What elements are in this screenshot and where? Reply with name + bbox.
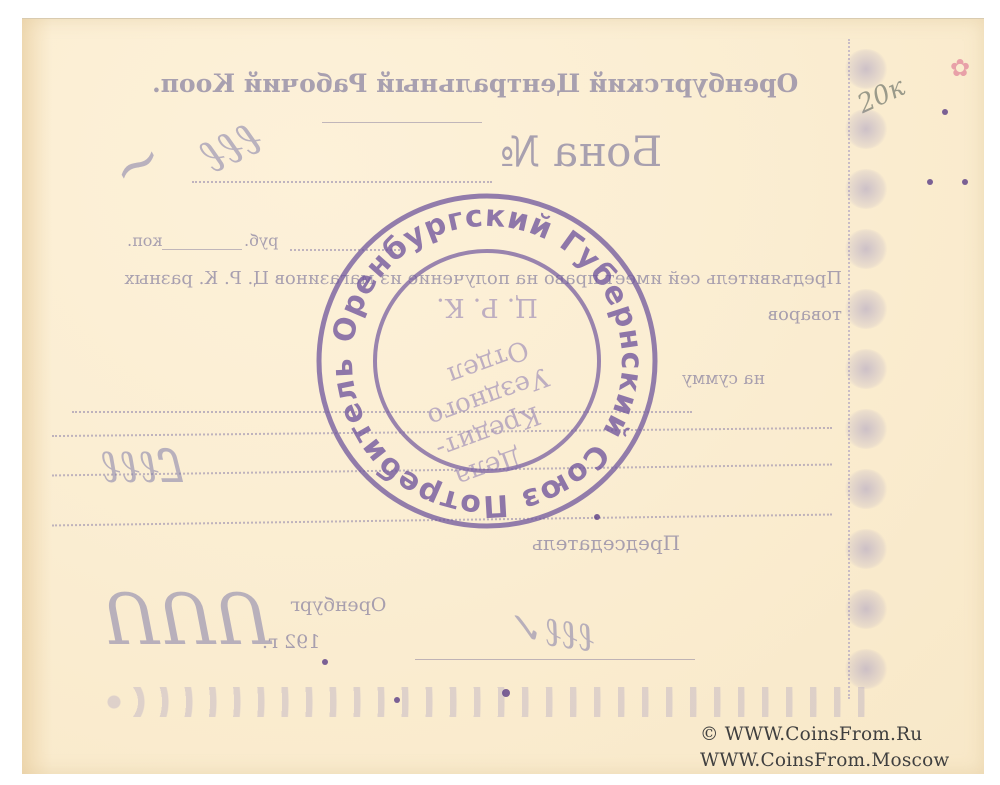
- rub-text: руб.: [244, 231, 278, 250]
- city-text: Оренбург: [290, 594, 386, 616]
- copyright-watermark: © WWW.CoinsFrom.Ru WWW.CoinsFrom.Moscow: [700, 722, 949, 774]
- signature-label: Председатель: [532, 531, 680, 555]
- round-stamp: Оренбургский Губернский Союз Потребитель…: [312, 189, 662, 534]
- kop-text: коп.: [127, 231, 162, 250]
- document-title: Бона №: [500, 127, 662, 176]
- date-line: [415, 659, 695, 660]
- handwriting-number: ~: [98, 121, 177, 207]
- pink-star-mark: ✿: [950, 54, 970, 82]
- body-line-2: на сумму: [682, 369, 765, 389]
- kop-label: коп.: [127, 231, 162, 250]
- banknote-paper: Оренбургский Центральный Рабочий Кооп. Б…: [22, 18, 984, 774]
- handwriting-signature-1: Ꮭℓℓℓ: [102, 439, 185, 495]
- handwriting-signature-3: ℓℓℓ✓: [509, 603, 598, 661]
- header-line: Оренбургский Центральный Рабочий Кооп.: [152, 69, 798, 98]
- header-underline: [322, 122, 482, 123]
- header-text: Оренбургский Центральный Рабочий Кооп.: [152, 69, 798, 98]
- kop-line: [162, 249, 242, 250]
- watermark-line-1: © WWW.CoinsFrom.Ru: [700, 722, 949, 748]
- title-text: Бона №: [500, 127, 662, 176]
- right-ornament-border: [844, 39, 904, 699]
- stamp-graphic: Оренбургский Губернский Союз Потребитель…: [312, 189, 662, 534]
- handwriting-signature-2: ՈՈՈ: [102, 579, 270, 661]
- svg-text:Ц. Р. К.: Ц. Р. К.: [436, 292, 538, 322]
- bottom-ornament-border: [102, 687, 882, 717]
- rub-label: руб.: [244, 231, 278, 250]
- signature-label-text: Председатель: [532, 531, 680, 555]
- year-label: 192 г.: [262, 631, 320, 653]
- body-text-2: на сумму: [682, 369, 765, 389]
- number-line: [192, 181, 492, 183]
- watermark-line-2: WWW.CoinsFrom.Moscow: [700, 748, 949, 774]
- city-label: Оренбург: [290, 594, 386, 616]
- handwriting-mark: ℓℓℓ: [193, 109, 271, 185]
- year-prefix: 192: [284, 631, 320, 653]
